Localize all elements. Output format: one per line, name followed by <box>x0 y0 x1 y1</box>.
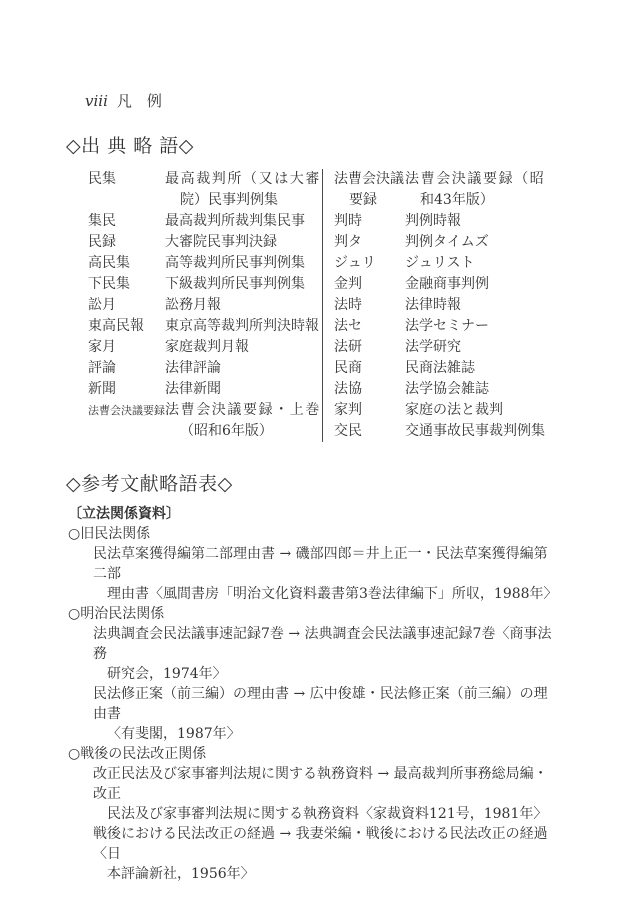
abbreviation-definition-line: 法学協会雑誌 <box>405 379 548 400</box>
reference-group-heading: ○明治民法関係 <box>68 604 554 624</box>
abbreviation-term-line: 下民集 <box>88 274 165 295</box>
abbreviation-row: 集民最高裁判所裁判集民事 <box>88 211 322 232</box>
abbreviation-term-line: 民商 <box>334 358 405 379</box>
abbreviation-definition: 高等裁判所民事判例集 <box>165 253 322 274</box>
reference-item-line: 理由書〈風間書房「明治文化資料叢書第3巻法律編下」所収，1988年〉 <box>68 584 554 604</box>
abbreviation-definition: 家庭の法と裁判 <box>405 400 548 421</box>
abbreviation-term-line: 金判 <box>334 274 405 295</box>
abbreviation-term-line: 民録 <box>88 232 165 253</box>
reference-group: ○旧民法関係民法草案獲得編第二部理由書 → 磯部四郎＝井上正一・民法草案獲得編第… <box>68 524 554 604</box>
page-number: viii <box>85 92 108 110</box>
abbreviation-term: 家判 <box>334 400 405 421</box>
abbreviation-definition: 下級裁判所民事判例集 <box>165 274 322 295</box>
abbreviation-term: 法曹会決議要録 <box>334 169 405 211</box>
abbreviation-definition: 最高裁判所裁判集民事 <box>165 211 322 232</box>
abbreviation-definition-line: 最高裁判所（又は大審 <box>165 169 322 190</box>
abbreviation-term-line: 評論 <box>88 358 165 379</box>
abbreviation-definition: 法曹会決議要録（昭和43年版） <box>405 169 548 211</box>
abbreviation-definition: 最高裁判所（又は大審院）民事判例集 <box>165 169 322 211</box>
abbreviation-term-line: 民集 <box>88 169 165 190</box>
abbreviation-term-line: 法曹会決議 <box>334 169 405 190</box>
running-header: viii凡 例 <box>85 90 162 111</box>
abbreviation-definition-line: 民商法雑誌 <box>405 358 548 379</box>
abbreviation-term-line: 判時 <box>334 211 405 232</box>
abbreviation-definition-line: 金融商事判例 <box>405 274 548 295</box>
abbreviation-row: 法曹会決議要録法曹会決議要録・上巻（昭和6年版） <box>88 400 322 442</box>
source-abbreviations-title: ◇出 典 略 語◇ <box>66 131 194 158</box>
abbreviation-term: 新聞 <box>88 379 165 400</box>
abbreviation-term: 法セ <box>334 316 405 337</box>
reference-item-line: 法典調査会民法議事速記録7巻 → 法典調査会民法議事速記録7巻〈商事法務 <box>68 624 554 664</box>
abbreviation-definition-line: 下級裁判所民事判例集 <box>165 274 322 295</box>
reference-group-heading: ○戦後の民法改正関係 <box>68 744 554 764</box>
abbreviation-definition-line: 家庭裁判月報 <box>165 337 322 358</box>
reference-item-line: 戦後における民法改正の経過 → 我妻栄編・戦後における民法改正の経過〈日 <box>68 824 554 864</box>
abbreviation-definition: 金融商事判例 <box>405 274 548 295</box>
abbreviation-row: 家月家庭裁判月報 <box>88 337 322 358</box>
abbreviation-row: 法セ法学セミナー <box>334 316 548 337</box>
abbreviation-definition: 交通事故民事裁判例集 <box>405 421 548 442</box>
reference-item-line: 研究会，1974年〉 <box>68 664 554 684</box>
abbreviation-term: 集民 <box>88 211 165 232</box>
abbreviation-term: 判タ <box>334 232 405 253</box>
abbreviation-term-line: 判タ <box>334 232 405 253</box>
abbreviation-definition: 訟務月報 <box>165 295 322 316</box>
abbreviation-row: 判時判例時報 <box>334 211 548 232</box>
abbreviation-row: 法研法学研究 <box>334 337 548 358</box>
abbreviation-term-line: 新聞 <box>88 379 165 400</box>
reference-item-line: 改正民法及び家事審判法規に関する執務資料 → 最高裁判所事務総局編・改正 <box>68 764 554 804</box>
abbreviation-term-line: 家月 <box>88 337 165 358</box>
abbreviation-definition: 法律時報 <box>405 295 548 316</box>
abbreviation-definition: 判例時報 <box>405 211 548 232</box>
abbreviation-definition-line: 大審院民事判決録 <box>165 232 322 253</box>
abbreviation-row: ジュリジュリスト <box>334 253 548 274</box>
abbreviation-definition-line: （昭和6年版） <box>165 421 322 442</box>
abbreviation-row: 金判金融商事判例 <box>334 274 548 295</box>
abbreviation-term: 民録 <box>88 232 165 253</box>
abbreviation-definition: 法学協会雑誌 <box>405 379 548 400</box>
abbreviation-term-line: 法セ <box>334 316 405 337</box>
reference-item-line: 民法草案獲得編第二部理由書 → 磯部四郎＝井上正一・民法草案獲得編第二部 <box>68 544 554 584</box>
abbreviation-term: 民集 <box>88 169 165 211</box>
abbreviation-term: 法協 <box>334 379 405 400</box>
abbreviation-term-line: 法研 <box>334 337 405 358</box>
abbreviation-definition-line: 最高裁判所裁判集民事 <box>165 211 322 232</box>
abbreviation-definition: 民商法雑誌 <box>405 358 548 379</box>
abbreviation-definition-line: 法曹会決議要録（昭 <box>405 169 548 190</box>
abbreviation-definition-line: 法律時報 <box>405 295 548 316</box>
abbreviation-definition-line: 判例時報 <box>405 211 548 232</box>
reference-list: ○旧民法関係民法草案獲得編第二部理由書 → 磯部四郎＝井上正一・民法草案獲得編第… <box>68 524 554 884</box>
abbreviation-term-line: 法曹会決議要録 <box>88 400 165 421</box>
abbreviation-definition-line: 法曹会決議要録・上巻 <box>165 400 322 421</box>
reference-group: ○戦後の民法改正関係改正民法及び家事審判法規に関する執務資料 → 最高裁判所事務… <box>68 744 554 884</box>
abbreviation-term: 法時 <box>334 295 405 316</box>
source-table-right-column: 法曹会決議要録法曹会決議要録（昭和43年版）判時判例時報判タ判例タイムズジュリジ… <box>322 169 548 442</box>
abbreviation-definition-line: 訟務月報 <box>165 295 322 316</box>
abbreviation-definition-line: 交通事故民事裁判例集 <box>405 421 548 442</box>
reference-group-heading: ○旧民法関係 <box>68 524 554 544</box>
reference-item: 戦後における民法改正の経過 → 我妻栄編・戦後における民法改正の経過〈日本評論新… <box>68 824 554 884</box>
abbreviation-term: 訟月 <box>88 295 165 316</box>
abbreviation-row: 交民交通事故民事裁判例集 <box>334 421 548 442</box>
abbreviation-term: 下民集 <box>88 274 165 295</box>
abbreviation-row: 家判家庭の法と裁判 <box>334 400 548 421</box>
abbreviation-row: 訟月訟務月報 <box>88 295 322 316</box>
reference-item: 民法草案獲得編第二部理由書 → 磯部四郎＝井上正一・民法草案獲得編第二部理由書〈… <box>68 544 554 604</box>
abbreviation-definition: 法学セミナー <box>405 316 548 337</box>
reference-item: 法典調査会民法議事速記録7巻 → 法典調査会民法議事速記録7巻〈商事法務研究会，… <box>68 624 554 684</box>
abbreviation-definition-line: ジュリスト <box>405 253 548 274</box>
abbreviation-term-line: 交民 <box>334 421 405 442</box>
source-table-left-column: 民集最高裁判所（又は大審院）民事判例集集民最高裁判所裁判集民事民録大審院民事判決… <box>88 169 322 442</box>
abbreviation-term: 家月 <box>88 337 165 358</box>
abbreviation-row: 新聞法律新聞 <box>88 379 322 400</box>
reference-item: 改正民法及び家事審判法規に関する執務資料 → 最高裁判所事務総局編・改正民法及び… <box>68 764 554 824</box>
abbreviation-row: 法協法学協会雑誌 <box>334 379 548 400</box>
abbreviation-term: 東高民報 <box>88 316 165 337</box>
abbreviation-term: 評論 <box>88 358 165 379</box>
abbreviation-row: 判タ判例タイムズ <box>334 232 548 253</box>
abbreviation-definition: ジュリスト <box>405 253 548 274</box>
header-title: 凡 例 <box>117 92 162 110</box>
abbreviation-definition-line: 判例タイムズ <box>405 232 548 253</box>
abbreviation-definition: 判例タイムズ <box>405 232 548 253</box>
abbreviation-term: 金判 <box>334 274 405 295</box>
abbreviation-term-line: 法協 <box>334 379 405 400</box>
abbreviation-term-line: 集民 <box>88 211 165 232</box>
abbreviation-definition-line: 東京高等裁判所判決時報 <box>165 316 322 337</box>
abbreviation-term-line: ジュリ <box>334 253 405 274</box>
abbreviation-term-line: 家判 <box>334 400 405 421</box>
reference-item-line: 民法修正案（前三編）の理由書 → 広中俊雄・民法修正案（前三編）の理由書 <box>68 684 554 724</box>
reference-group: ○明治民法関係法典調査会民法議事速記録7巻 → 法典調査会民法議事速記録7巻〈商… <box>68 604 554 744</box>
abbreviation-term-line: 東高民報 <box>88 316 165 337</box>
abbreviation-definition-line: 法律新聞 <box>165 379 322 400</box>
abbreviation-term-line: 訟月 <box>88 295 165 316</box>
abbreviation-definition: 法律新聞 <box>165 379 322 400</box>
abbreviation-term: 法研 <box>334 337 405 358</box>
abbreviation-definition: 大審院民事判決録 <box>165 232 322 253</box>
abbreviation-term: 民商 <box>334 358 405 379</box>
abbreviation-row: 民集最高裁判所（又は大審院）民事判例集 <box>88 169 322 211</box>
abbreviation-term-line: 法時 <box>334 295 405 316</box>
abbreviation-row: 評論法律評論 <box>88 358 322 379</box>
abbreviation-definition: 家庭裁判月報 <box>165 337 322 358</box>
abbreviation-row: 民商民商法雑誌 <box>334 358 548 379</box>
abbreviation-definition-line: 家庭の法と裁判 <box>405 400 548 421</box>
abbreviation-row: 高民集高等裁判所民事判例集 <box>88 253 322 274</box>
abbreviation-term-line: 要録 <box>334 190 405 211</box>
abbreviation-definition-line: 法学研究 <box>405 337 548 358</box>
abbreviation-row: 法時法律時報 <box>334 295 548 316</box>
reference-item-line: 本評論新社，1956年〉 <box>68 864 554 884</box>
book-page: viii凡 例 ◇出 典 略 語◇ 民集最高裁判所（又は大審院）民事判例集集民最… <box>0 0 642 900</box>
abbreviation-definition-line: 高等裁判所民事判例集 <box>165 253 322 274</box>
abbreviation-term: 交民 <box>334 421 405 442</box>
abbreviation-definition-line: 法学セミナー <box>405 316 548 337</box>
reference-item-line: 民法及び家事審判法規に関する執務資料〈家裁資料121号，1981年〉 <box>68 804 554 824</box>
abbreviation-definition: 法学研究 <box>405 337 548 358</box>
abbreviation-definition: 法律評論 <box>165 358 322 379</box>
reference-category-label: 〔立法関係資料〕 <box>68 503 180 523</box>
abbreviation-row: 民録大審院民事判決録 <box>88 232 322 253</box>
abbreviation-term: 高民集 <box>88 253 165 274</box>
abbreviation-term: ジュリ <box>334 253 405 274</box>
abbreviation-definition: 東京高等裁判所判決時報 <box>165 316 322 337</box>
abbreviation-definition: 法曹会決議要録・上巻（昭和6年版） <box>165 400 322 442</box>
abbreviation-definition-line: 院）民事判例集 <box>165 190 322 211</box>
abbreviation-row: 東高民報東京高等裁判所判決時報 <box>88 316 322 337</box>
source-abbreviation-table: 民集最高裁判所（又は大審院）民事判例集集民最高裁判所裁判集民事民録大審院民事判決… <box>88 169 548 442</box>
reference-item-line: 〈有斐閣，1987年〉 <box>68 724 554 744</box>
reference-item: 民法修正案（前三編）の理由書 → 広中俊雄・民法修正案（前三編）の理由書〈有斐閣… <box>68 684 554 744</box>
abbreviation-term: 法曹会決議要録 <box>88 400 165 442</box>
abbreviation-row: 法曹会決議要録法曹会決議要録（昭和43年版） <box>334 169 548 211</box>
abbreviation-definition-line: 法律評論 <box>165 358 322 379</box>
abbreviation-row: 下民集下級裁判所民事判例集 <box>88 274 322 295</box>
abbreviation-term-line: 高民集 <box>88 253 165 274</box>
reference-abbreviations-title: ◇参考文献略語表◇ <box>66 469 233 496</box>
abbreviation-term: 判時 <box>334 211 405 232</box>
abbreviation-definition-line: 和43年版） <box>405 190 548 211</box>
